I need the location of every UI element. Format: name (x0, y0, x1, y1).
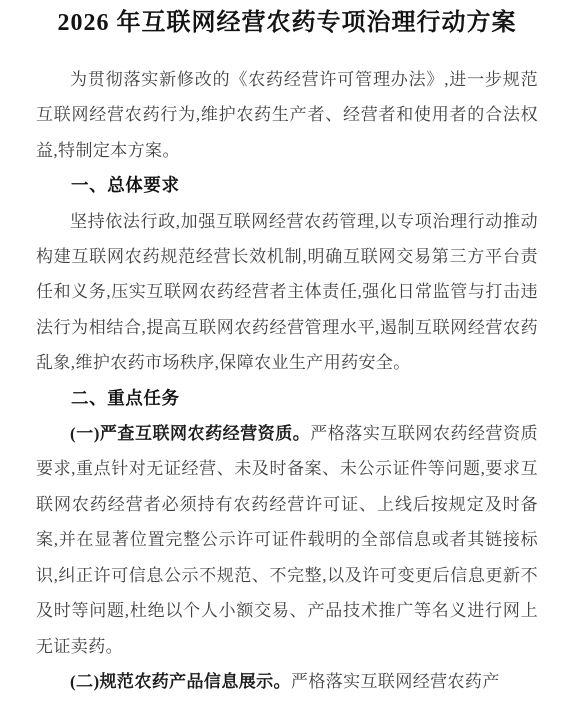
section-heading-key-tasks: 二、重点任务 (36, 381, 538, 416)
intro-paragraph: 为贯彻落实新修改的《农药经营许可管理办法》,进一步规范互联网经营农药行为,维护农… (36, 62, 538, 168)
document-title: 2026 年互联网经营农药专项治理行动方案 (36, 8, 538, 38)
task1-lead: (一)严查互联网农药经营资质。 (70, 424, 310, 443)
task2-paragraph: (二)规范农药产品信息展示。严格落实互联网经营农药产 (36, 664, 538, 699)
section-heading-general-requirements: 一、总体要求 (36, 168, 538, 203)
task2-lead: (二)规范农药产品信息展示。 (70, 672, 291, 691)
task2-text: 严格落实互联网经营农药产 (291, 672, 500, 691)
document-page: 2026 年互联网经营农药专项治理行动方案 为贯彻落实新修改的《农药经营许可管理… (0, 0, 575, 703)
document-body: 为贯彻落实新修改的《农药经营许可管理办法》,进一步规范互联网经营农药行为,维护农… (36, 62, 538, 699)
task1-text: 严格落实互联网农药经营资质要求,重点针对无证经营、未及时备案、未公示证件等问题,… (36, 424, 538, 655)
task1-paragraph: (一)严查互联网农药经营资质。严格落实互联网农药经营资质要求,重点针对无证经营、… (36, 416, 538, 664)
general-requirements-paragraph: 坚持依法行政,加强互联网经营农药管理,以专项治理行动推动构建互联网农药规范经营长… (36, 204, 538, 381)
